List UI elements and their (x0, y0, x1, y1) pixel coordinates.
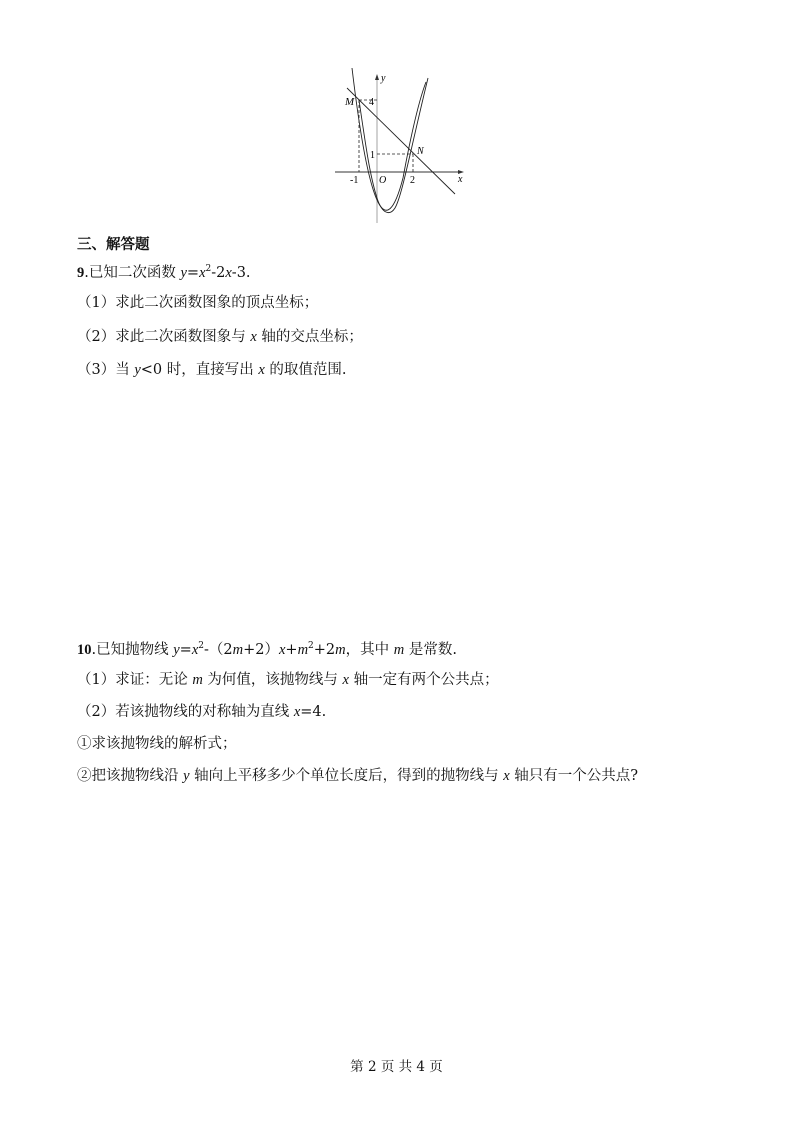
point-n-label: N (416, 146, 425, 157)
question-number: 10 (77, 642, 92, 658)
x-axis-label: x (457, 174, 463, 185)
part-label: （3） (77, 362, 115, 378)
parabola-figure: y x M N O 4 1 -1 2 (330, 68, 470, 228)
tick-x-neg1: -1 (350, 175, 358, 186)
math-var: m (192, 672, 202, 688)
tick-x-2: 2 (410, 175, 415, 186)
part-label: ① (77, 736, 92, 752)
stem-text: ，其中 (346, 642, 394, 658)
part-text: 若该抛物线的对称轴为直线 (115, 704, 294, 720)
math-term: +2 (314, 642, 335, 658)
part-text: 求此二次函数图象与 (115, 329, 250, 345)
question-10-subpart-2: ②把该抛物线沿 y 轴向上平移多少个单位长度后，得到的抛物线与 x 轴只有一个公… (77, 766, 638, 786)
coordinate-graph: y x M N O 4 1 -1 2 (330, 68, 470, 228)
line-mn (347, 88, 455, 194)
part-text: 轴向上平移多少个单位长度后，得到的抛物线与 (190, 768, 504, 784)
part-label: （1） (77, 672, 115, 688)
part-text: 求该抛物线的解析式； (92, 736, 237, 752)
point-m-label: M (344, 96, 355, 108)
math-var: m (335, 642, 345, 658)
page-footer: 第 2 页 共 4 页 (0, 1055, 793, 1075)
parabola-curve (352, 68, 426, 210)
tick-y-4: 4 (369, 97, 374, 108)
question-10-part-1: （1）求证：无论 m 为何值，该抛物线与 x 轴一定有两个公共点； (77, 670, 499, 690)
part-text: =4. (300, 704, 326, 720)
math-var: m (233, 642, 243, 658)
part-text: 把该抛物线沿 (92, 768, 184, 784)
part-label: （1） (77, 295, 115, 311)
part-text: 轴的交点坐标； (257, 329, 363, 345)
question-10-stem: 10.已知抛物线 y=x2-（2m+2）x+m2+2m，其中 m 是常数. (77, 640, 457, 660)
part-text: 求此二次函数图象的顶点坐标； (115, 295, 318, 311)
math-var: m (298, 642, 308, 658)
math-term: -3. (232, 265, 251, 281)
question-9-part-3: （3）当 y<0 时，直接写出 x 的取值范围. (77, 360, 347, 380)
y-axis-arrow-icon (375, 74, 379, 80)
part-label: （2） (77, 329, 115, 345)
question-10-subpart-1: ①求该抛物线的解析式； (77, 734, 237, 754)
stem-text: 是常数. (404, 642, 457, 658)
tick-y-1: 1 (370, 150, 375, 161)
part-label: ② (77, 768, 92, 784)
stem-text: .已知抛物线 (92, 642, 174, 658)
math-term: +2） (243, 642, 279, 658)
question-9-part-1: （1）求此二次函数图象的顶点坐标； (77, 293, 318, 313)
part-text: 当 (115, 362, 134, 378)
section-title: 三、解答题 (77, 235, 150, 255)
math-op: = (180, 642, 192, 658)
part-text: 轴只有一个公共点? (510, 768, 638, 784)
math-term: -2 (211, 265, 225, 281)
question-9-part-2: （2）求此二次函数图象与 x 轴的交点坐标； (77, 327, 363, 347)
question-10-part-2: （2）若该抛物线的对称轴为直线 x=4. (77, 702, 326, 722)
math-var: m (394, 642, 404, 658)
math-op: + (285, 642, 297, 658)
part-text: 的取值范围. (265, 362, 347, 378)
math-op: = (187, 265, 199, 281)
part-label: （2） (77, 704, 115, 720)
origin-label: O (379, 175, 386, 186)
part-text: <0 时，直接写出 (141, 362, 259, 378)
math-term: -（2 (204, 642, 233, 658)
part-text: 求证：无论 (115, 672, 192, 688)
part-text: 为何值，该抛物线与 (203, 672, 343, 688)
question-9-stem: 9.已知二次函数 y=x2-2x-3. (77, 263, 251, 283)
y-axis-label: y (380, 73, 386, 84)
stem-text: .已知二次函数 (84, 265, 180, 281)
part-text: 轴一定有两个公共点； (349, 672, 499, 688)
